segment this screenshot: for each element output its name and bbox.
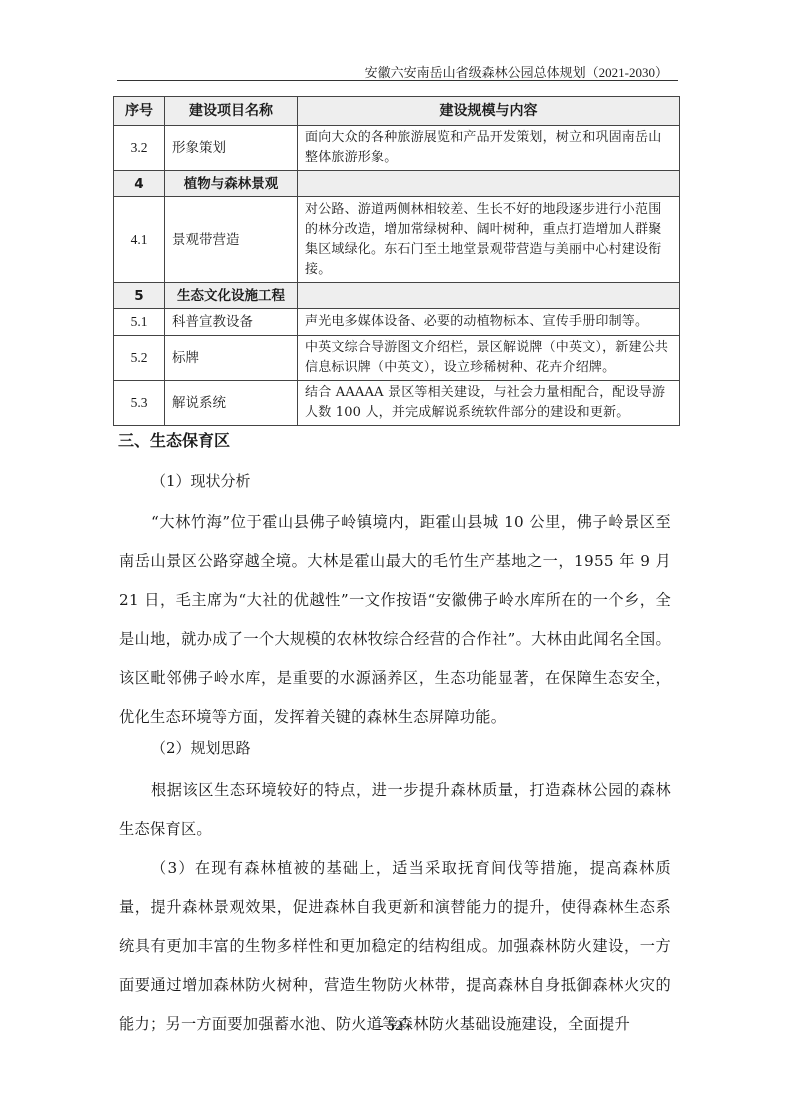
row-name: 形象策划	[165, 126, 298, 171]
row-no: 5	[114, 283, 165, 309]
construction-table: 序号 建设项目名称 建设规模与内容 3.2 形象策划 面向大众的各种旅游展览和产…	[113, 96, 680, 426]
paragraph-planning: 根据该区生态环境较好的特点，进一步提升森林质量，打造森林公园的森林生态保育区。	[119, 771, 671, 849]
col-header-content: 建设规模与内容	[298, 97, 680, 126]
page-number: - 52 -	[0, 1018, 790, 1035]
row-no: 5.2	[114, 336, 165, 381]
row-name: 生态文化设施工程	[165, 283, 298, 309]
row-content: 中英文综合导游图文介绍栏，景区解说牌（中英文），新建公共信息标识牌（中英文），设…	[298, 336, 680, 381]
row-no: 5.3	[114, 381, 165, 426]
row-name: 标牌	[165, 336, 298, 381]
row-content: 结合 AAAAA 景区等相关建设，与社会力量相配合，配设导游人数 100 人，并…	[298, 381, 680, 426]
section-heading: 三、生态保育区	[118, 428, 230, 451]
row-name: 植物与森林景观	[165, 171, 298, 197]
table-row: 5.3 解说系统 结合 AAAAA 景区等相关建设，与社会力量相配合，配设导游人…	[114, 381, 680, 426]
row-name: 解说系统	[165, 381, 298, 426]
table-header-row: 序号 建设项目名称 建设规模与内容	[114, 97, 680, 126]
col-header-no: 序号	[114, 97, 165, 126]
table-row: 3.2 形象策划 面向大众的各种旅游展览和产品开发策划，树立和巩固南岳山整体旅游…	[114, 126, 680, 171]
subheading-planning-idea: （2）规划思路	[151, 737, 251, 758]
row-content: 声光电多媒体设备、必要的动植物标本、宣传手册印制等。	[298, 309, 680, 336]
row-no: 4.1	[114, 197, 165, 283]
paragraph-measures: （3）在现有森林植被的基础上，适当采取抚育间伐等措施，提高森林质量，提升森林景观…	[119, 849, 671, 1044]
row-no: 3.2	[114, 126, 165, 171]
row-name: 科普宣教设备	[165, 309, 298, 336]
table-row: 4.1 景观带营造 对公路、游道两侧林相较差、生长不好的地段逐步进行小范围的林分…	[114, 197, 680, 283]
table-row: 5.2 标牌 中英文综合导游图文介绍栏，景区解说牌（中英文），新建公共信息标识牌…	[114, 336, 680, 381]
row-content	[298, 171, 680, 197]
row-name: 景观带营造	[165, 197, 298, 283]
row-content	[298, 283, 680, 309]
paragraph-status: “大林竹海”位于霍山县佛子岭镇境内，距霍山县城 10 公里，佛子岭景区至南岳山景…	[119, 503, 671, 737]
row-content: 对公路、游道两侧林相较差、生长不好的地段逐步进行小范围的林分改造，增加常绿树种、…	[298, 197, 680, 283]
row-no: 5.1	[114, 309, 165, 336]
table-group-row: 5 生态文化设施工程	[114, 283, 680, 309]
row-no: 4	[114, 171, 165, 197]
subheading-status-analysis: （1）现状分析	[151, 470, 251, 491]
running-header: 安徽六安南岳山省级森林公园总体规划（2021-2030）	[365, 62, 668, 81]
table-row: 5.1 科普宣教设备 声光电多媒体设备、必要的动植物标本、宣传手册印制等。	[114, 309, 680, 336]
row-content: 面向大众的各种旅游展览和产品开发策划，树立和巩固南岳山整体旅游形象。	[298, 126, 680, 171]
table-group-row: 4 植物与森林景观	[114, 171, 680, 197]
col-header-name: 建设项目名称	[165, 97, 298, 126]
header-rule	[117, 80, 678, 81]
